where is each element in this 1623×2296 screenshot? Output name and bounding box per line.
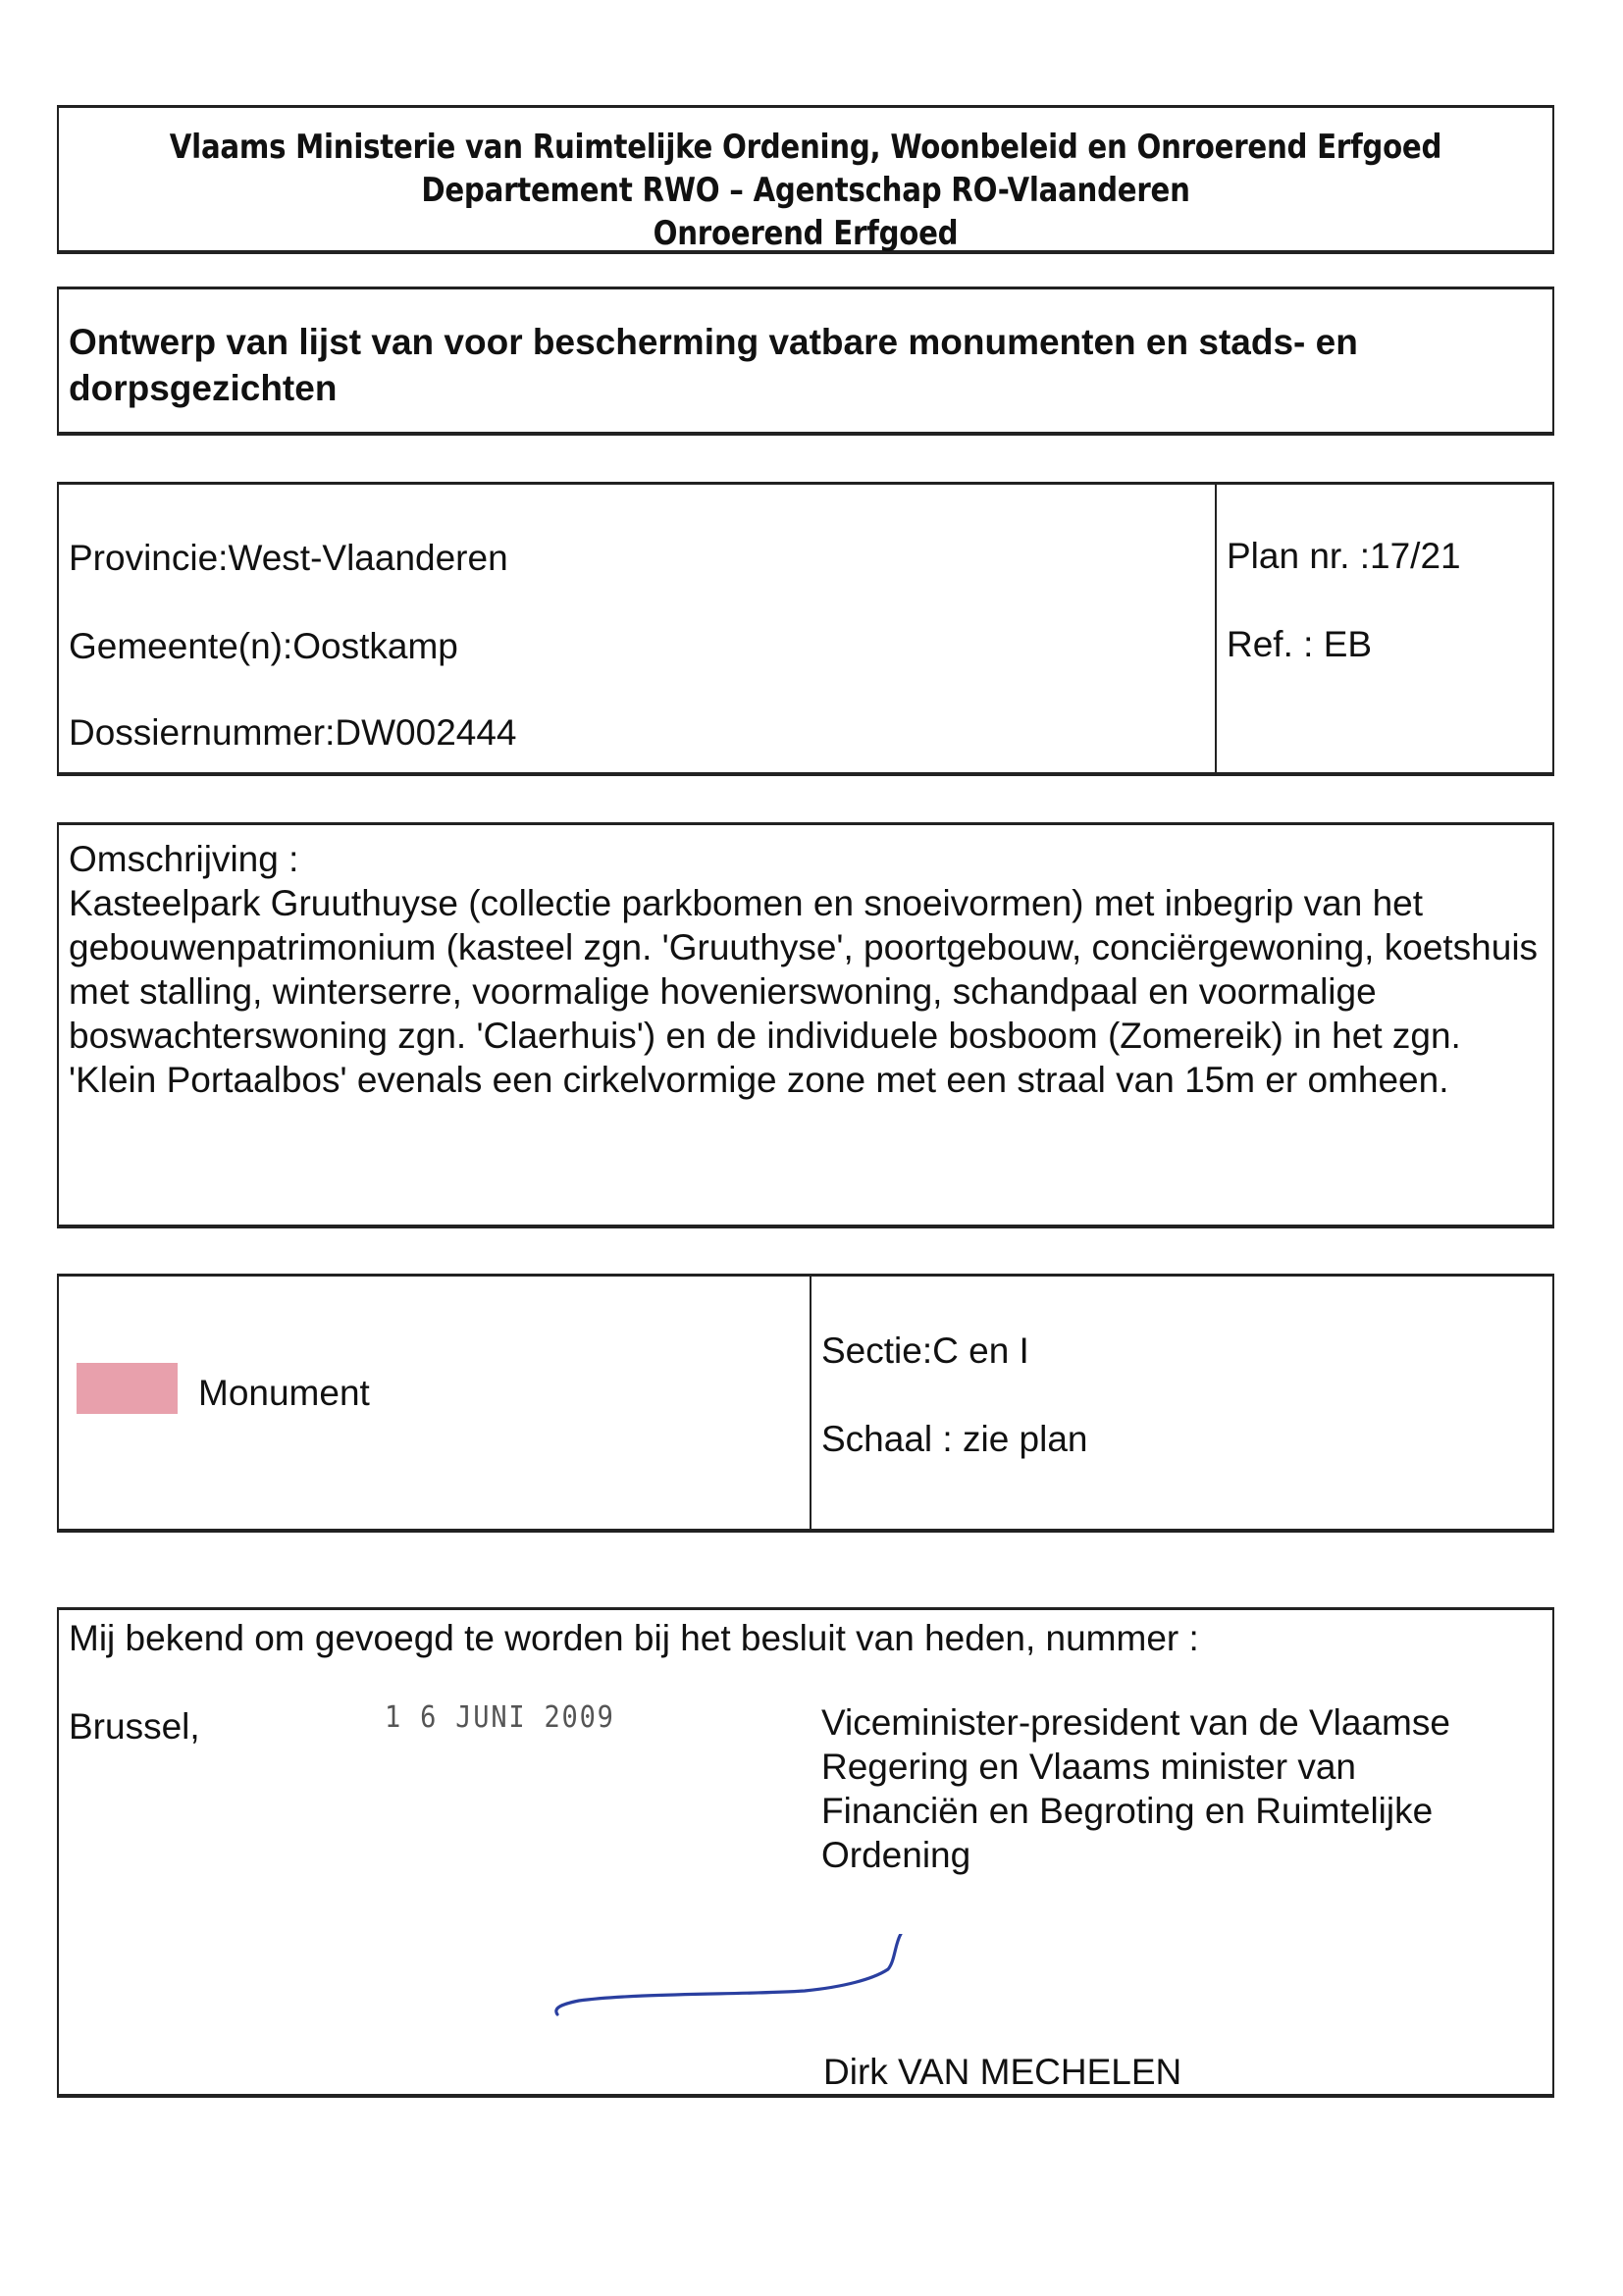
legend-box: Monument Sectie:C en I Schaal : zie plan	[57, 1274, 1554, 1533]
date-stamp: 1 6 JUNI 2009	[385, 1700, 615, 1735]
role-line: Regering en Vlaams minister van	[821, 1745, 1450, 1789]
gemeente-field: Gemeente(n):Oostkamp	[69, 626, 458, 667]
ministry-name: Vlaams Ministerie van Ruimtelijke Ordeni…	[164, 126, 1448, 169]
monument-color-swatch	[77, 1363, 178, 1414]
document-title: Ontwerp van lijst van voor bescherming v…	[69, 319, 1543, 411]
location-fields: Provincie:West-Vlaanderen Gemeente(n):Oo…	[59, 485, 1217, 772]
signature-icon	[550, 1934, 942, 2052]
legend-key: Monument	[59, 1277, 811, 1529]
ministry-header: Vlaams Ministerie van Ruimtelijke Ordeni…	[57, 105, 1554, 254]
sectie-field: Sectie:C en I	[821, 1331, 1029, 1372]
plan-fields: Plan nr. :17/21 Ref. : EB	[1217, 485, 1552, 772]
schaal-field: Schaal : zie plan	[821, 1419, 1088, 1460]
provincie-field: Provincie:West-Vlaanderen	[69, 538, 508, 579]
role-line: Viceminister-president van de Vlaamse	[821, 1700, 1450, 1745]
document-title-box: Ontwerp van lijst van voor bescherming v…	[57, 287, 1554, 436]
section-scale: Sectie:C en I Schaal : zie plan	[811, 1277, 1552, 1529]
department-name: Departement RWO – Agentschap RO-Vlaander…	[164, 169, 1448, 212]
description-text: Kasteelpark Gruuthuyse (collectie parkbo…	[69, 881, 1543, 1102]
dossiernummer-field: Dossiernummer:DW002444	[69, 712, 517, 754]
place-label: Brussel,	[69, 1706, 200, 1748]
declaration-intro: Mij bekend om gevoegd te worden bij het …	[69, 1618, 1199, 1659]
role-line: Ordening	[821, 1833, 1450, 1877]
signatory-role: Viceminister-president van de Vlaamse Re…	[821, 1700, 1450, 1877]
reference-field: Ref. : EB	[1227, 624, 1372, 665]
plan-number-field: Plan nr. :17/21	[1227, 536, 1461, 577]
monument-label: Monument	[198, 1373, 370, 1414]
declaration-box: Mij bekend om gevoegd te worden bij het …	[57, 1607, 1554, 2098]
signatory-name: Dirk VAN MECHELEN	[823, 2052, 1181, 2093]
location-info-box: Provincie:West-Vlaanderen Gemeente(n):Oo…	[57, 482, 1554, 776]
agency-name: Onroerend Erfgoed	[164, 212, 1448, 255]
description-box: Omschrijving : Kasteelpark Gruuthuyse (c…	[57, 822, 1554, 1228]
description-label: Omschrijving :	[69, 837, 1543, 881]
role-line: Financiën en Begroting en Ruimtelijke	[821, 1789, 1450, 1833]
